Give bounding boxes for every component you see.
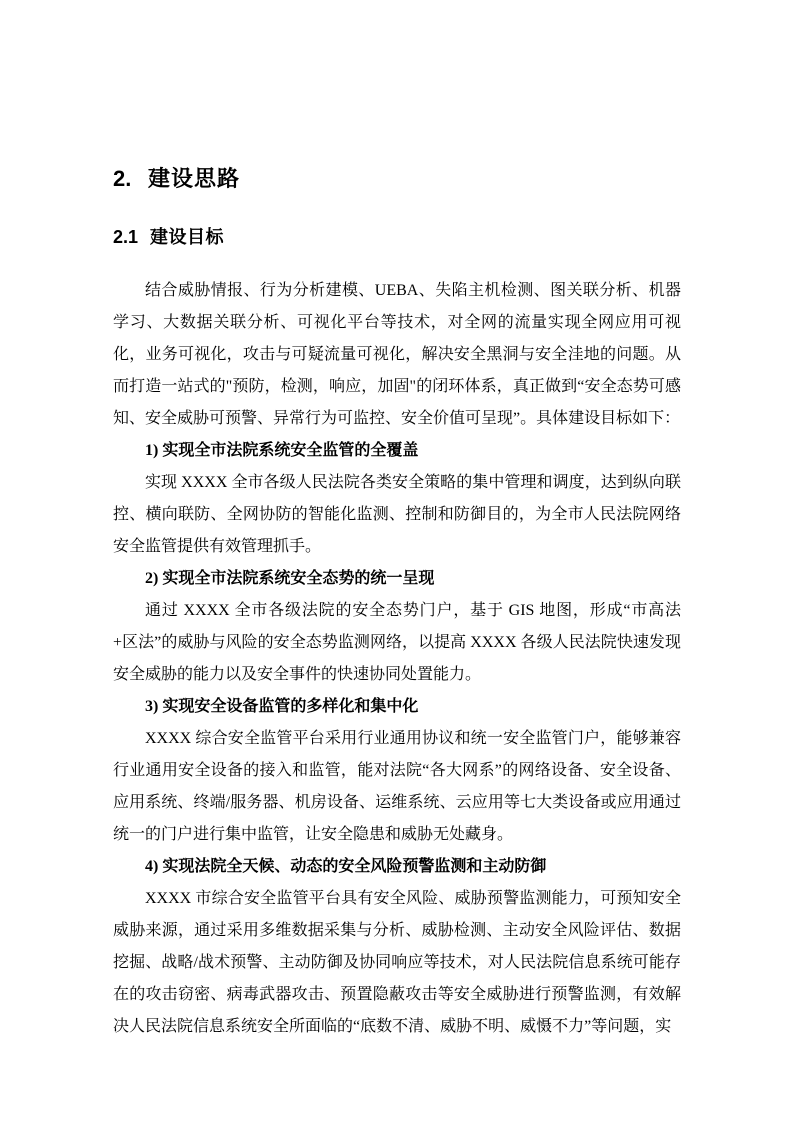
item-2-heading: 2) 实现全市法院系统安全态势的统一呈现 [113, 563, 681, 595]
item-3-body: XXXX 综合安全监管平台采用行业通用协议和统一安全监管门户，能够兼容行业通用安… [113, 723, 681, 851]
item-2-body: 通过 XXXX 全市各级法院的安全态势门户，基于 GIS 地图，形成“市高法+区… [113, 595, 681, 691]
item-4-heading: 4) 实现法院全天候、动态的安全风险预警监测和主动防御 [113, 851, 681, 883]
item-1-body: 实现 XXXX 全市各级人民法院各类安全策略的集中管理和调度，达到纵向联控、横向… [113, 467, 681, 563]
item-1-heading: 1) 实现全市法院系统安全监管的全覆盖 [113, 435, 681, 467]
body-text: 结合威胁情报、行为分析建模、UEBA、失陷主机检测、图关联分析、机器学习、大数据… [113, 275, 681, 1043]
item-3-heading: 3) 实现安全设备监管的多样化和集中化 [113, 691, 681, 723]
section-heading-title: 建设思路 [148, 166, 240, 191]
intro-paragraph: 结合威胁情报、行为分析建模、UEBA、失陷主机检测、图关联分析、机器学习、大数据… [113, 275, 681, 435]
section-heading: 2.建设思路 [113, 164, 681, 194]
subsection-heading-title: 建设目标 [150, 227, 224, 247]
item-4-body: XXXX 市综合安全监管平台具有安全风险、威胁预警监测能力，可预知安全威胁来源，… [113, 883, 681, 1043]
subsection-heading: 2.1建设目标 [113, 225, 681, 249]
document-page: 2.建设思路 2.1建设目标 结合威胁情报、行为分析建模、UEBA、失陷主机检测… [0, 0, 793, 1122]
subsection-heading-number: 2.1 [113, 225, 150, 249]
section-heading-number: 2. [113, 164, 148, 194]
document-content: 2.建设思路 2.1建设目标 结合威胁情报、行为分析建模、UEBA、失陷主机检测… [113, 0, 681, 1043]
